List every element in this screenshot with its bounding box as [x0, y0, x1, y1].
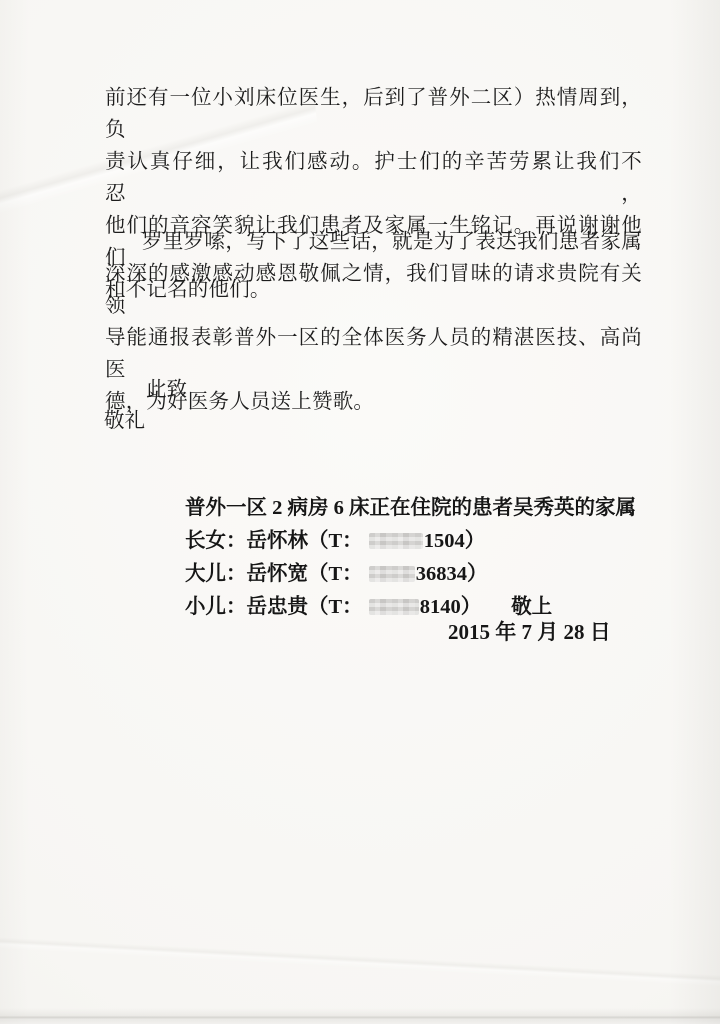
signatory-row: 大儿：岳怀宽（T：36834）	[185, 558, 636, 591]
redacted-phone-number	[369, 566, 415, 582]
signatory-name: 长女：岳怀林	[185, 530, 308, 552]
text-line: 导能通报表彰普外一区的全体医务人员的精湛医技、高尚医	[105, 322, 642, 386]
phone-open: （T：	[308, 596, 363, 618]
paper-crease-bottom	[0, 930, 720, 990]
signature-block: 普外一区 2 病房 6 床正在住院的患者吴秀英的家属 长女：岳怀林（T：1504…	[185, 492, 636, 624]
signature-intro: 普外一区 2 病房 6 床正在住院的患者吴秀英的家属	[185, 492, 636, 525]
signatory-name: 大儿：岳怀宽	[185, 563, 308, 585]
salute: 敬上	[511, 596, 552, 618]
scanned-letter-page: 前还有一位小刘床位医生，后到了普外二区）热情周到，负 责认真仔细，让我们感动。护…	[0, 0, 720, 1024]
redacted-phone-number	[369, 599, 419, 615]
closing-jingli: 敬礼	[104, 410, 145, 433]
redacted-phone-number	[369, 533, 423, 549]
signatory-name: 小儿：岳忠贵	[185, 596, 308, 618]
phone-visible-digits: 8140	[420, 596, 461, 618]
letter-date: 2015 年 7 月 28 日	[448, 621, 611, 644]
phone-close: ）	[461, 596, 482, 618]
phone-open: （T：	[308, 530, 363, 552]
phone-visible-digits: 1504	[424, 530, 465, 552]
text-line: 前还有一位小刘床位医生，后到了普外二区）热情周到，负	[105, 82, 642, 146]
paper-bottom-edge-shadow	[0, 1008, 720, 1024]
phone-open: （T：	[308, 563, 363, 585]
text-line: 责认真仔细，让我们感动。护士们的辛苦劳累让我们不忍，	[105, 146, 642, 210]
phone-close: ）	[467, 563, 488, 585]
phone-visible-digits: 36834	[416, 563, 467, 585]
closing-cizhi: 此致	[146, 379, 187, 402]
signatory-row: 长女：岳怀林（T：1504）	[185, 525, 636, 558]
text-line: 深深的感激感动感恩敬佩之情，我们冒昧的请求贵院有关领	[105, 258, 642, 322]
phone-close: ）	[465, 530, 486, 552]
text-line: 罗里罗嗦，写下了这些话，就是为了表达我们患者家属	[105, 226, 642, 258]
